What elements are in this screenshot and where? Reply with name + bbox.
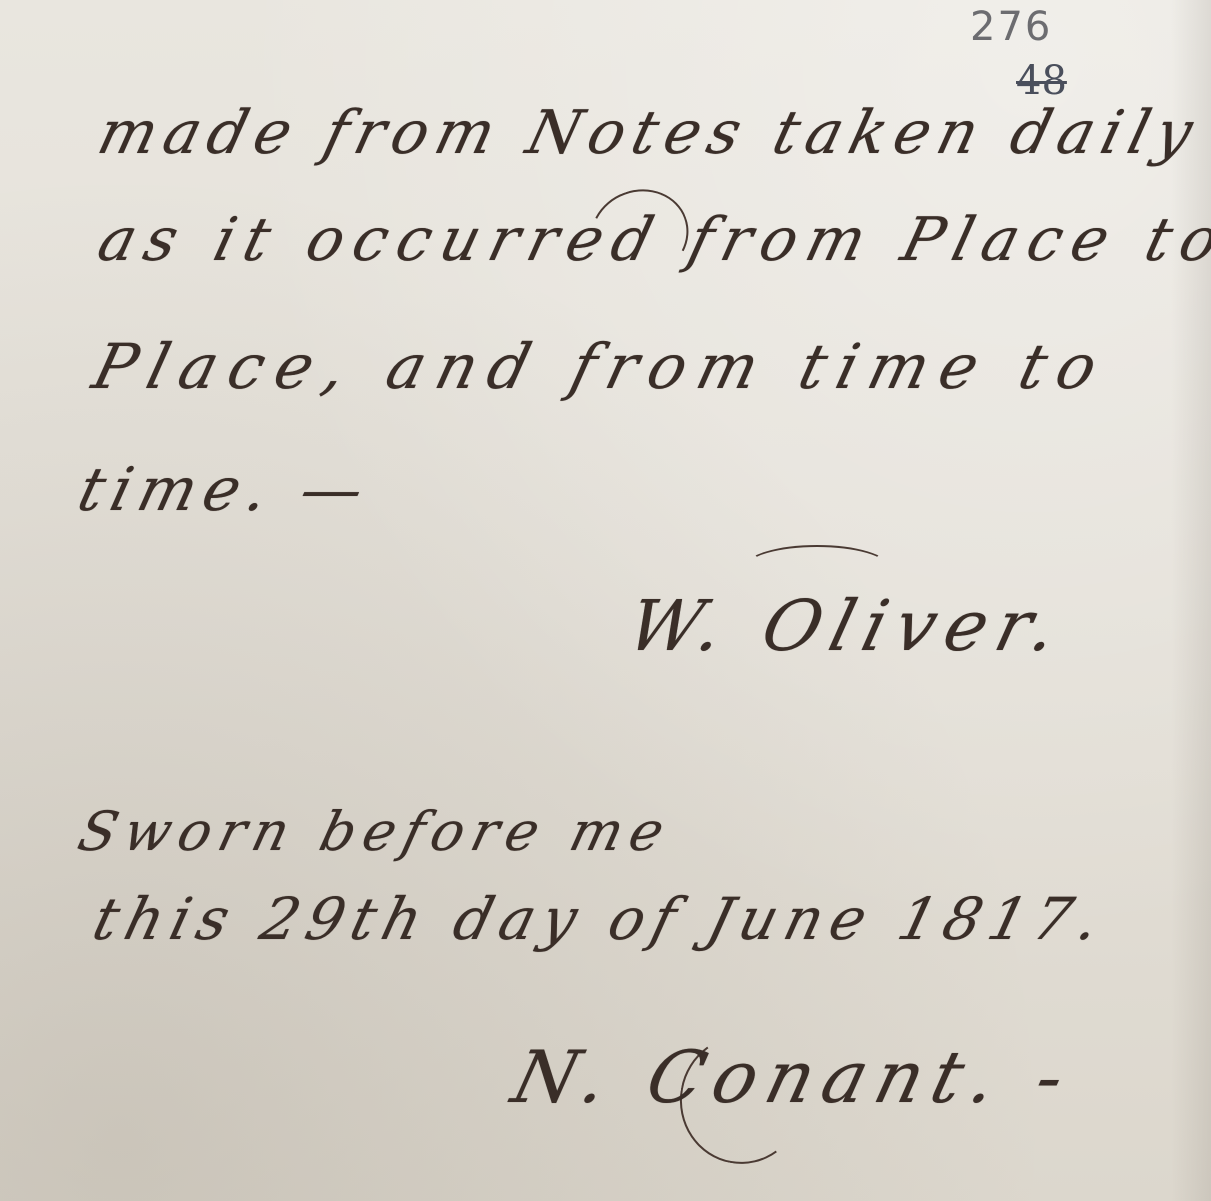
- folio-number: 276: [970, 4, 1052, 50]
- jurat-line-2: this 29th day of June 1817.: [87, 885, 1115, 953]
- body-line-2: as it occurred from Place to: [91, 205, 1211, 275]
- official-signature: N. Conant. -: [505, 1035, 1083, 1119]
- body-line-4: time. —: [71, 455, 378, 525]
- page-edge-shadow: [1171, 0, 1211, 1201]
- body-line-1: made from Notes taken daily: [91, 98, 1207, 168]
- manuscript-page: 276 48 made from Notes taken daily as it…: [0, 0, 1211, 1201]
- signature-flourish: [745, 545, 889, 589]
- body-line-3: Place, and from time to: [86, 330, 1116, 403]
- deponent-signature: W. Oliver.: [620, 585, 1076, 667]
- jurat-line-1: Sworn before me: [72, 800, 678, 863]
